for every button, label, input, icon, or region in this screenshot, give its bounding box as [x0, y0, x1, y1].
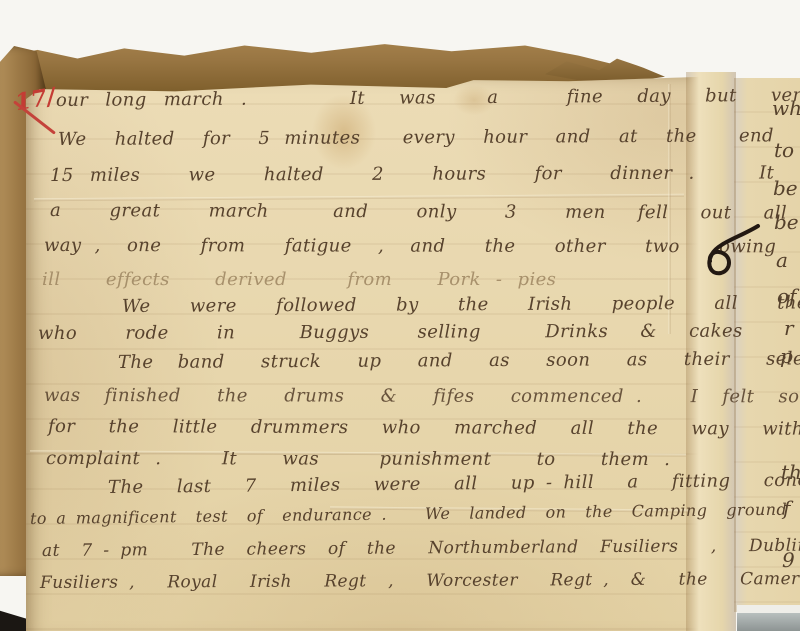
handwritten-line: who rode in Buggys selling Drinks & cake…: [38, 321, 743, 344]
right-page-fragment: th: [781, 460, 800, 484]
right-page-fragment: be: [773, 176, 798, 200]
scan-corner-shadow: [0, 604, 27, 631]
right-page-fragment: to: [774, 138, 794, 162]
handwritten-line: was finished the drums & fifes commenced…: [44, 385, 800, 407]
right-page-fragment: of: [777, 284, 796, 308]
right-page-fragment: ber: [774, 210, 800, 234]
handwritten-line: a great march and only 3 men fell out al…: [50, 200, 800, 224]
right-page-fragment: 9: [782, 548, 795, 572]
right-page-fragment: f: [783, 496, 790, 520]
handwritten-line: complaint . It was punishment to them .: [46, 448, 670, 470]
handwritten-line: 15 miles we halted 2 hours for dinner . …: [50, 162, 800, 186]
right-page-fragment: a: [776, 248, 788, 272]
binding-thread: [696, 210, 762, 280]
handwritten-line: for the little drummers who marched all …: [48, 416, 800, 440]
right-page-fragment: wh: [772, 96, 800, 120]
right-page-fragment: p: [780, 344, 793, 368]
handwritten-line: Fusiliers , Royal Irish Regt , Worcester…: [40, 569, 800, 593]
handwritten-line: We halted for 5 minutes every hour and a…: [58, 125, 800, 150]
handwritten-line: The band struck up and as soon as their …: [118, 348, 800, 373]
scanned-diary-image: 17/ our long march . It was a fine day b…: [0, 0, 800, 631]
handwritten-line: ill effects derived from Pork - pies: [42, 269, 556, 290]
scan-edge-strip: [737, 613, 800, 631]
handwritten-line: We were followed by the Irish people all…: [122, 292, 800, 317]
right-page-fragment: r: [784, 316, 794, 340]
handwritten-line: way , one from fatigue , and the other t…: [44, 235, 800, 257]
